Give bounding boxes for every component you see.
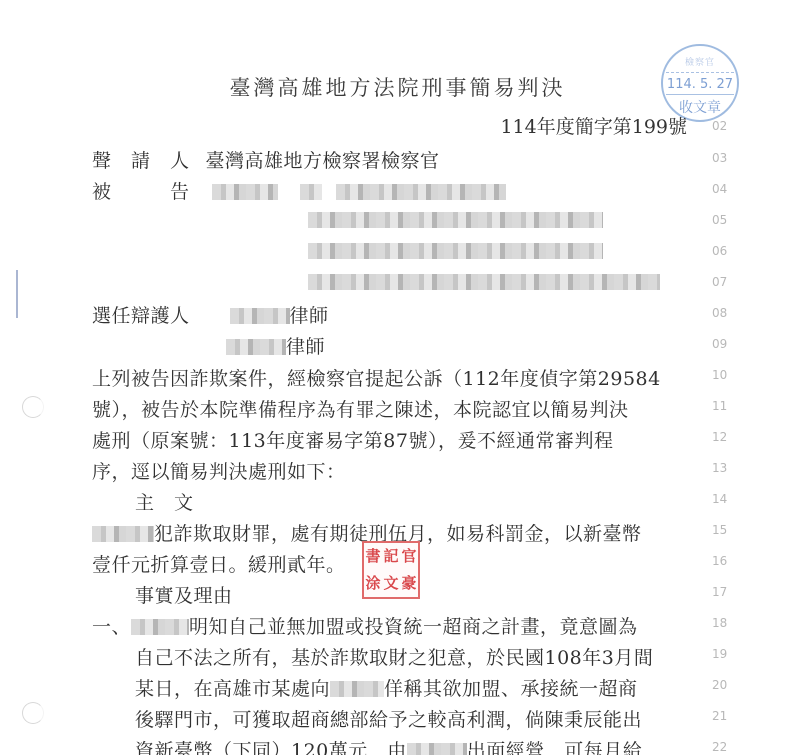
stamp-date: 114. 5. 27 — [663, 77, 737, 92]
line-number: 04 — [712, 182, 727, 196]
defendant-address-line-2 — [308, 240, 603, 262]
seal-char: 豪 — [400, 570, 418, 597]
redacted-counsel-name — [226, 339, 286, 355]
counsel-title: 律師 — [286, 336, 325, 358]
line-number: 14 — [712, 492, 727, 506]
line-number: 11 — [712, 399, 727, 413]
body-line: 一、明知自己並無加盟或投資統一超商之計畫，竟意圖為 — [92, 612, 638, 639]
body-line: 上列被告因詐欺案件，經檢察官提起公訴（112年度偵字第29584 — [92, 364, 661, 391]
body-line: 壹仟元折算壹日。緩刑貳年。 — [92, 550, 346, 577]
seal-char: 記 — [382, 543, 400, 570]
body-line: 某日，在高雄市某處向佯稱其欲加盟、承接統一超商 — [135, 674, 638, 701]
line-number: 20 — [712, 678, 727, 692]
applicant-label: 聲 請 人 — [92, 150, 190, 172]
body-line: 號），被告於本院準備程序為有罪之陳述，本院認宜以簡易判決 — [92, 395, 629, 422]
line-number: 18 — [712, 616, 727, 630]
body-line: 自己不法之所有，基於詐欺取財之犯意，於民國108年3月間 — [135, 643, 653, 670]
case-number: 114年度簡字第199號 — [500, 112, 687, 139]
fact-text: 某日，在高雄市某處向 — [135, 678, 330, 700]
counsel-row-2: 律師 — [226, 332, 325, 359]
stamp-divider — [666, 94, 734, 95]
line-number: 19 — [712, 647, 727, 661]
fact-text: 資新臺幣（下同）120萬元，由 — [135, 740, 407, 755]
line-number: 22 — [712, 740, 727, 754]
defendant-address-line-3 — [308, 271, 660, 293]
line-number: 07 — [712, 275, 727, 289]
redacted-defendant-info — [336, 184, 506, 200]
line-number: 15 — [712, 523, 727, 537]
section-heading-facts-reasons: 事實及理由 — [135, 581, 233, 608]
fact-text: 佯稱其欲加盟、承接統一超商 — [384, 678, 638, 700]
line-number: 02 — [712, 119, 727, 133]
body-line: 後驛門市，可獲取超商總部給予之較高利潤，倘陳秉辰能出 — [135, 705, 642, 732]
clerk-seal: 書 記 官 涂 文 豪 — [362, 541, 420, 599]
redacted-defendant-name — [407, 743, 467, 755]
redacted-defendant-name — [92, 526, 154, 542]
court-judgment-page: 臺灣高雄地方法院刑事簡易判決 檢察官 114. 5. 27 收文章 114年度簡… — [0, 0, 785, 755]
punch-hole-top — [22, 396, 44, 418]
line-number: 17 — [712, 585, 727, 599]
counsel-title: 律師 — [290, 305, 329, 327]
defendant-row: 被 告 — [92, 177, 506, 204]
line-number: 13 — [712, 461, 727, 475]
seal-char: 涂 — [364, 570, 382, 597]
stamp-top-text: 檢察官 — [663, 55, 737, 68]
redacted-text — [300, 184, 322, 200]
line-number: 03 — [712, 151, 727, 165]
line-number: 12 — [712, 430, 727, 444]
list-prefix: 一、 — [92, 616, 131, 638]
body-line: 資新臺幣（下同）120萬元，由出面經營，可每月給 — [135, 736, 642, 755]
redacted-defendant-name — [212, 184, 278, 200]
line-number: 08 — [712, 306, 727, 320]
counsel-label: 選任辯護人 — [92, 305, 190, 327]
redacted-victim-name — [330, 681, 384, 697]
fact-text: 出面經營，可每月給 — [467, 740, 643, 755]
body-line: 序，逕以簡易判決處刑如下： — [92, 457, 346, 484]
punch-hole-bottom — [22, 702, 44, 724]
counsel-row-1: 選任辯護人律師 — [92, 301, 329, 328]
redacted-defendant-name — [131, 619, 189, 635]
seal-char: 官 — [400, 543, 418, 570]
line-number: 10 — [712, 368, 727, 382]
redacted-text — [308, 212, 603, 228]
section-heading-main-text: 主 文 — [135, 488, 194, 515]
fact-text: 明知自己並無加盟或投資統一超商之計畫，竟意圖為 — [189, 616, 638, 638]
seal-char: 書 — [364, 543, 382, 570]
stamp-divider — [666, 72, 734, 73]
redacted-text — [308, 243, 603, 259]
applicant-value: 臺灣高雄地方檢察署檢察官 — [206, 150, 440, 172]
redacted-text — [308, 274, 660, 290]
redacted-counsel-name — [230, 308, 290, 324]
line-number: 21 — [712, 709, 727, 723]
line-number: 16 — [712, 554, 727, 568]
line-number: 05 — [712, 213, 727, 227]
defendant-label: 被 告 — [92, 181, 190, 203]
line-number: 09 — [712, 337, 727, 351]
line-number: 06 — [712, 244, 727, 258]
applicant-row: 聲 請 人臺灣高雄地方檢察署檢察官 — [92, 146, 440, 173]
receipt-date-stamp: 檢察官 114. 5. 27 收文章 — [661, 44, 739, 122]
staple-mark — [16, 270, 18, 318]
seal-char: 文 — [382, 570, 400, 597]
defendant-address-line-1 — [308, 209, 603, 231]
body-line: 處刑（原案號：113年度審易字第87號），爰不經通常審判程 — [92, 426, 613, 453]
